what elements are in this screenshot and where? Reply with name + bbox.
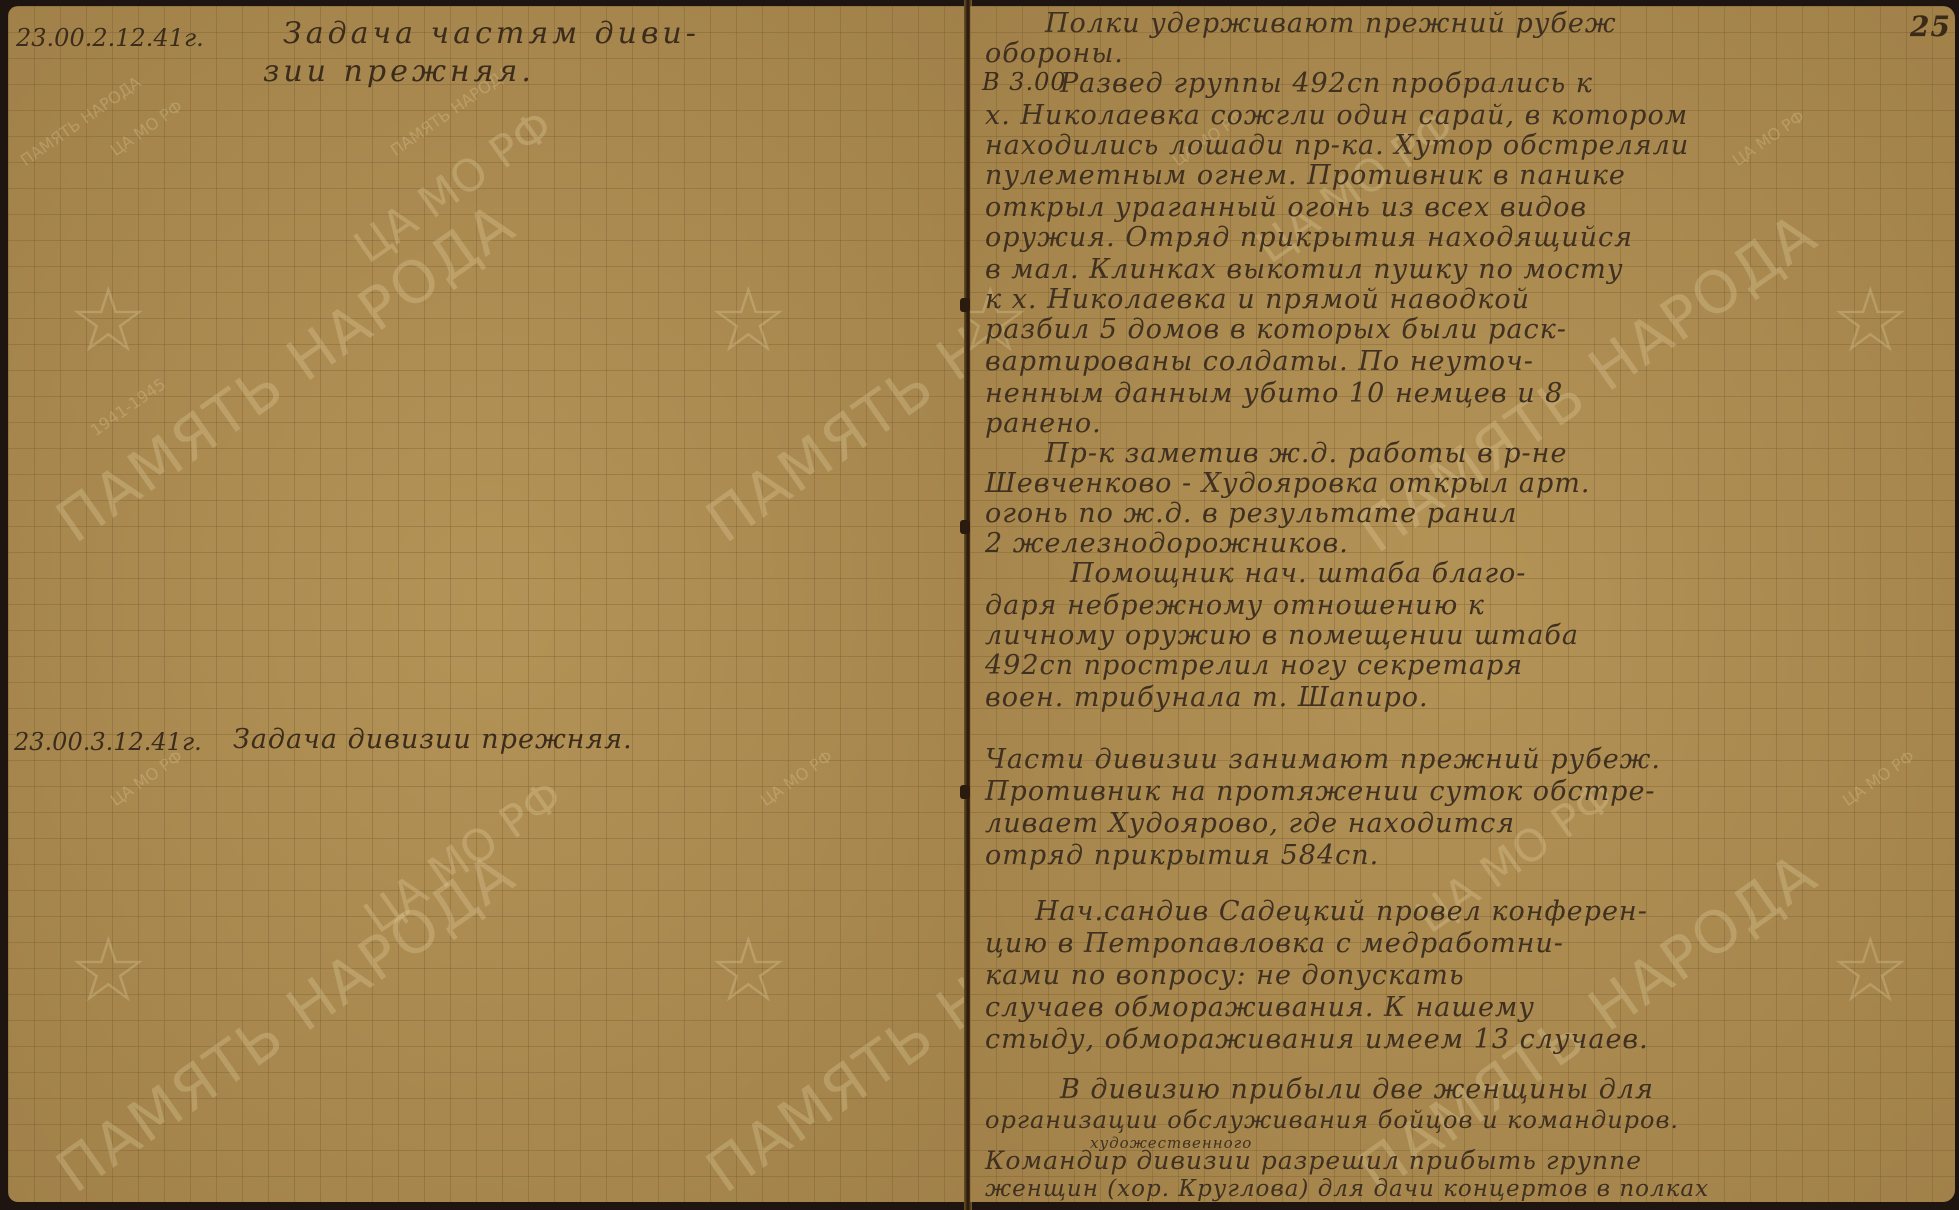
star-watermark-icon: ☆ (708, 926, 789, 1016)
text-line: в мал. Клинках выкотил пушку по мосту (985, 254, 1624, 285)
watermark-text: ПАМЯТЬ НАРОДА (698, 845, 966, 1201)
text-line: находились лошади пр-ка. Хутор обстрелял… (985, 130, 1689, 161)
staple-hole (960, 520, 970, 534)
watermark-text: ПАМЯТЬ НАРОДА (698, 195, 966, 551)
text-line: личному оружию в помещении штаба (985, 620, 1579, 651)
watermark-text: ЦА МО РФ (108, 748, 185, 808)
text-line: Помощник нач. штаба благо- (1070, 558, 1526, 589)
watermark-text: 1941-1945 (88, 376, 168, 438)
text-line: стыду, обмораживания имеем 13 случаев. (985, 1024, 1649, 1055)
entry-heading: Задача дивизии прежняя. (233, 724, 633, 755)
text-line: случаев обмораживания. К нашему (985, 992, 1535, 1023)
text-line: пулеметным огнем. Противник в панике (985, 160, 1626, 191)
watermark-text: ПАМЯТЬ НАРОДА (18, 74, 143, 168)
star-watermark-icon: ☆ (1830, 926, 1911, 1016)
star-watermark-icon: ☆ (68, 276, 149, 366)
staple-hole (960, 785, 970, 799)
text-line: 2 железнодорожников. (985, 528, 1349, 559)
text-line: Полки удерживают прежний рубеж (1045, 8, 1617, 39)
watermark-text: ЦА МО РФ (348, 105, 560, 271)
text-line: отряд прикрытия 584сп. (985, 840, 1379, 871)
text-line: Командир дивизии разрешил прибыть группе (985, 1146, 1642, 1175)
watermark-text: ПАМЯТЬ НАРОДА (48, 845, 524, 1201)
entry-heading: Задача частям диви- (283, 16, 700, 51)
text-line: В дивизию прибыли две женщины для (1060, 1074, 1654, 1105)
star-watermark-icon: ☆ (708, 276, 789, 366)
text-line: ливает Худоярово, где находится (985, 808, 1515, 839)
text-line: огонь по ж.д. в результате ранил (985, 498, 1517, 529)
text-line: х. Николаевка сожгли один сарай, в котор… (985, 100, 1688, 131)
star-watermark-icon: ☆ (68, 926, 149, 1016)
text-line: Части дивизии занимают прежний рубеж. (985, 744, 1661, 775)
page-number: 25 (1910, 10, 1951, 43)
left-page: ☆ ПАМЯТЬ НАРОДА ЦА МО РФ ПАМЯТЬ НАРОДА П… (8, 6, 966, 1202)
text-line: открыл ураганный огонь из всех видов (985, 192, 1587, 223)
watermark-text: ЦА МО РФ (108, 98, 185, 158)
text-line: разбил 5 домов в которых были раск- (985, 314, 1567, 345)
text-line: вартированы солдаты. По неуточ- (985, 346, 1534, 377)
star-watermark-icon: ☆ (1830, 276, 1911, 366)
watermark-text: ЦА МО РФ (358, 775, 570, 941)
text-line: цию в Петропавловка с медработни- (985, 928, 1564, 959)
text-line: к х. Николаевка и прямой наводкой (985, 284, 1530, 315)
entry-date: 23.00.3.12.41г. (14, 728, 202, 756)
text-line: Нач.сандив Садецкий провел конферен- (1035, 896, 1648, 927)
watermark-text: ЦА МО РФ (1730, 108, 1807, 168)
text-line: ками по вопросу: не допускать (985, 960, 1465, 991)
watermark-text: ЦА МО РФ (758, 748, 835, 808)
entry-heading: зии прежняя. (263, 54, 535, 89)
text-line: Пр-к заметив ж.д. работы в р-не (1045, 438, 1567, 469)
text-line: обороны. (985, 38, 1124, 69)
text-line: ненным данным убито 10 немцев и 8 (985, 378, 1563, 409)
text-line: 492сп прострелил ногу секретаря (985, 650, 1523, 681)
text-line: оружия. Отряд прикрытия находящийся (985, 222, 1633, 253)
watermark-text: ПАМЯТЬ НАРОДА (48, 195, 524, 551)
document-scan: ☆ ПАМЯТЬ НАРОДА ЦА МО РФ ПАМЯТЬ НАРОДА П… (0, 0, 1959, 1210)
text-line: даря небрежному отношению к (985, 590, 1485, 621)
text-line: воен. трибунала т. Шапиро. (985, 682, 1429, 713)
text-line: Противник на протяжении суток обстре- (985, 776, 1656, 807)
text-line: Развед группы 492сп пробрались к (1060, 68, 1593, 99)
text-line: организации обслуживания бойцов и команд… (985, 1106, 1679, 1134)
staple-hole (960, 298, 970, 312)
margin-time-note: В 3.00 (982, 68, 1067, 96)
watermark-text: ЦА МО РФ (1840, 748, 1917, 808)
text-line: Шевченково - Худояровка открыл арт. (985, 468, 1590, 499)
text-line: ранено. (985, 408, 1102, 439)
text-line: женщин (хор. Круглова) для дачи концерто… (985, 1176, 1709, 1202)
entry-date: 23.00.2.12.41г. (16, 24, 204, 52)
right-page: ☆ ПАМЯТЬ НАРОДА ЦА МО РФ ПАМЯТЬ НАРОДА Ц… (970, 6, 1955, 1202)
